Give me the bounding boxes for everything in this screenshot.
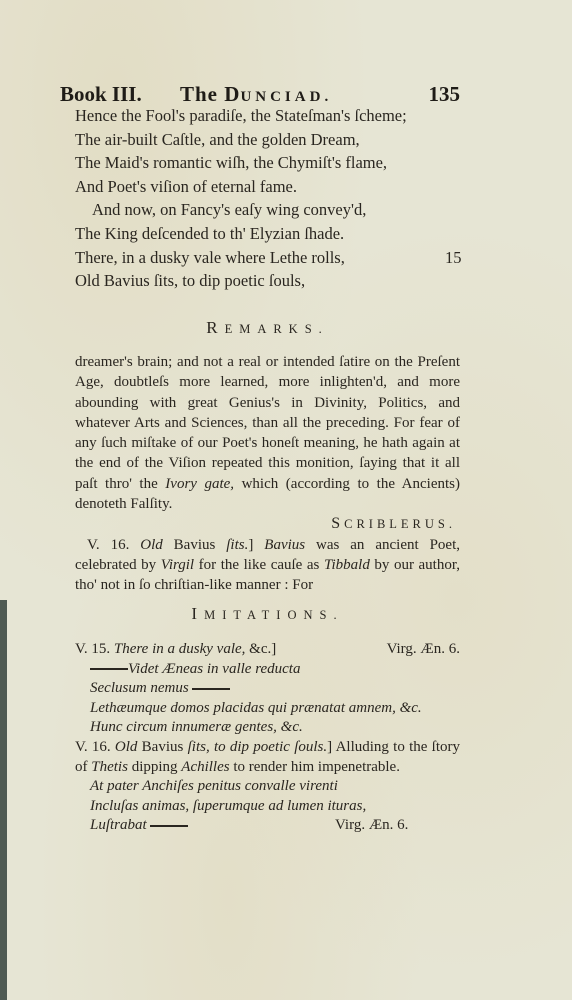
- remarks-paragraph: dreamer's brain; and not a real or inten…: [75, 352, 460, 514]
- latin-quote-line: Luſtrabat Virg. Æn. 6.: [75, 816, 460, 836]
- latin-quote-line: Seclusum nemus: [75, 679, 460, 699]
- running-head: Book III. The DUNCIAD. 135: [60, 82, 460, 106]
- note-v16: V. 16. Old Bavius ſits.] Bavius was an a…: [75, 535, 460, 596]
- latin-quote-line: Incluſas animas, ſuperumque ad lumen itu…: [75, 797, 460, 817]
- verse-line: The air-built Caſtle, and the golden Dre…: [75, 128, 460, 152]
- verse-block: Hence the Fool's paradiſe, the Stateſman…: [75, 104, 460, 293]
- line-number: 15: [445, 246, 462, 270]
- verse-line: There, in a dusky vale where Lethe rolls…: [75, 246, 460, 270]
- book-page: Book III. The DUNCIAD. 135 Hence the Foo…: [0, 0, 572, 1000]
- latin-quote-line: At pater Anchiſes penitus convalle viren…: [75, 777, 460, 797]
- remarks-body: dreamer's brain; and not a real or inten…: [75, 352, 460, 596]
- imitations-heading: IMITATIONS.: [75, 604, 460, 624]
- verse-line: And Poet's viſion of eternal fame.: [75, 175, 460, 199]
- latin-quote-line: Lethæumque domos placidas qui prænatat a…: [75, 699, 460, 719]
- verse-line: And now, on Fancy's eaſy wing convey'd,: [75, 198, 460, 222]
- dash-rule: [90, 668, 128, 670]
- latin-quote-line: Hunc circum innumeræ gentes, &c.: [75, 718, 460, 738]
- page-edge-shadow: [0, 600, 7, 1000]
- verse-line: Hence the Fool's paradiſe, the Stateſman…: [75, 104, 460, 128]
- citation: Virg. Æn. 6.: [387, 640, 460, 660]
- dash-rule: [150, 825, 188, 827]
- imitation-v16: V. 16. Old Bavius ſits, to dip poetic ſo…: [75, 738, 460, 777]
- verse-line: The King deſcended to th' Elyzian ſhade.: [75, 222, 460, 246]
- verse-line: The Maid's romantic wiſh, the Chymiſt's …: [75, 151, 460, 175]
- imitations-body: V. 15. There in a dusky vale, &c.]Virg. …: [75, 640, 460, 836]
- verse-line: Old Bavius ſits, to dip poetic ſouls,: [75, 269, 460, 293]
- signature: SCRIBLERUS.: [75, 514, 460, 534]
- remarks-heading: REMARKS.: [75, 318, 460, 338]
- imitation-v15: V. 15. There in a dusky vale, &c.]Virg. …: [75, 640, 460, 660]
- latin-quote-line: Videt Æneas in valle reducta: [75, 660, 460, 680]
- citation: Virg. Æn. 6.: [335, 816, 408, 836]
- dash-rule: [192, 688, 230, 690]
